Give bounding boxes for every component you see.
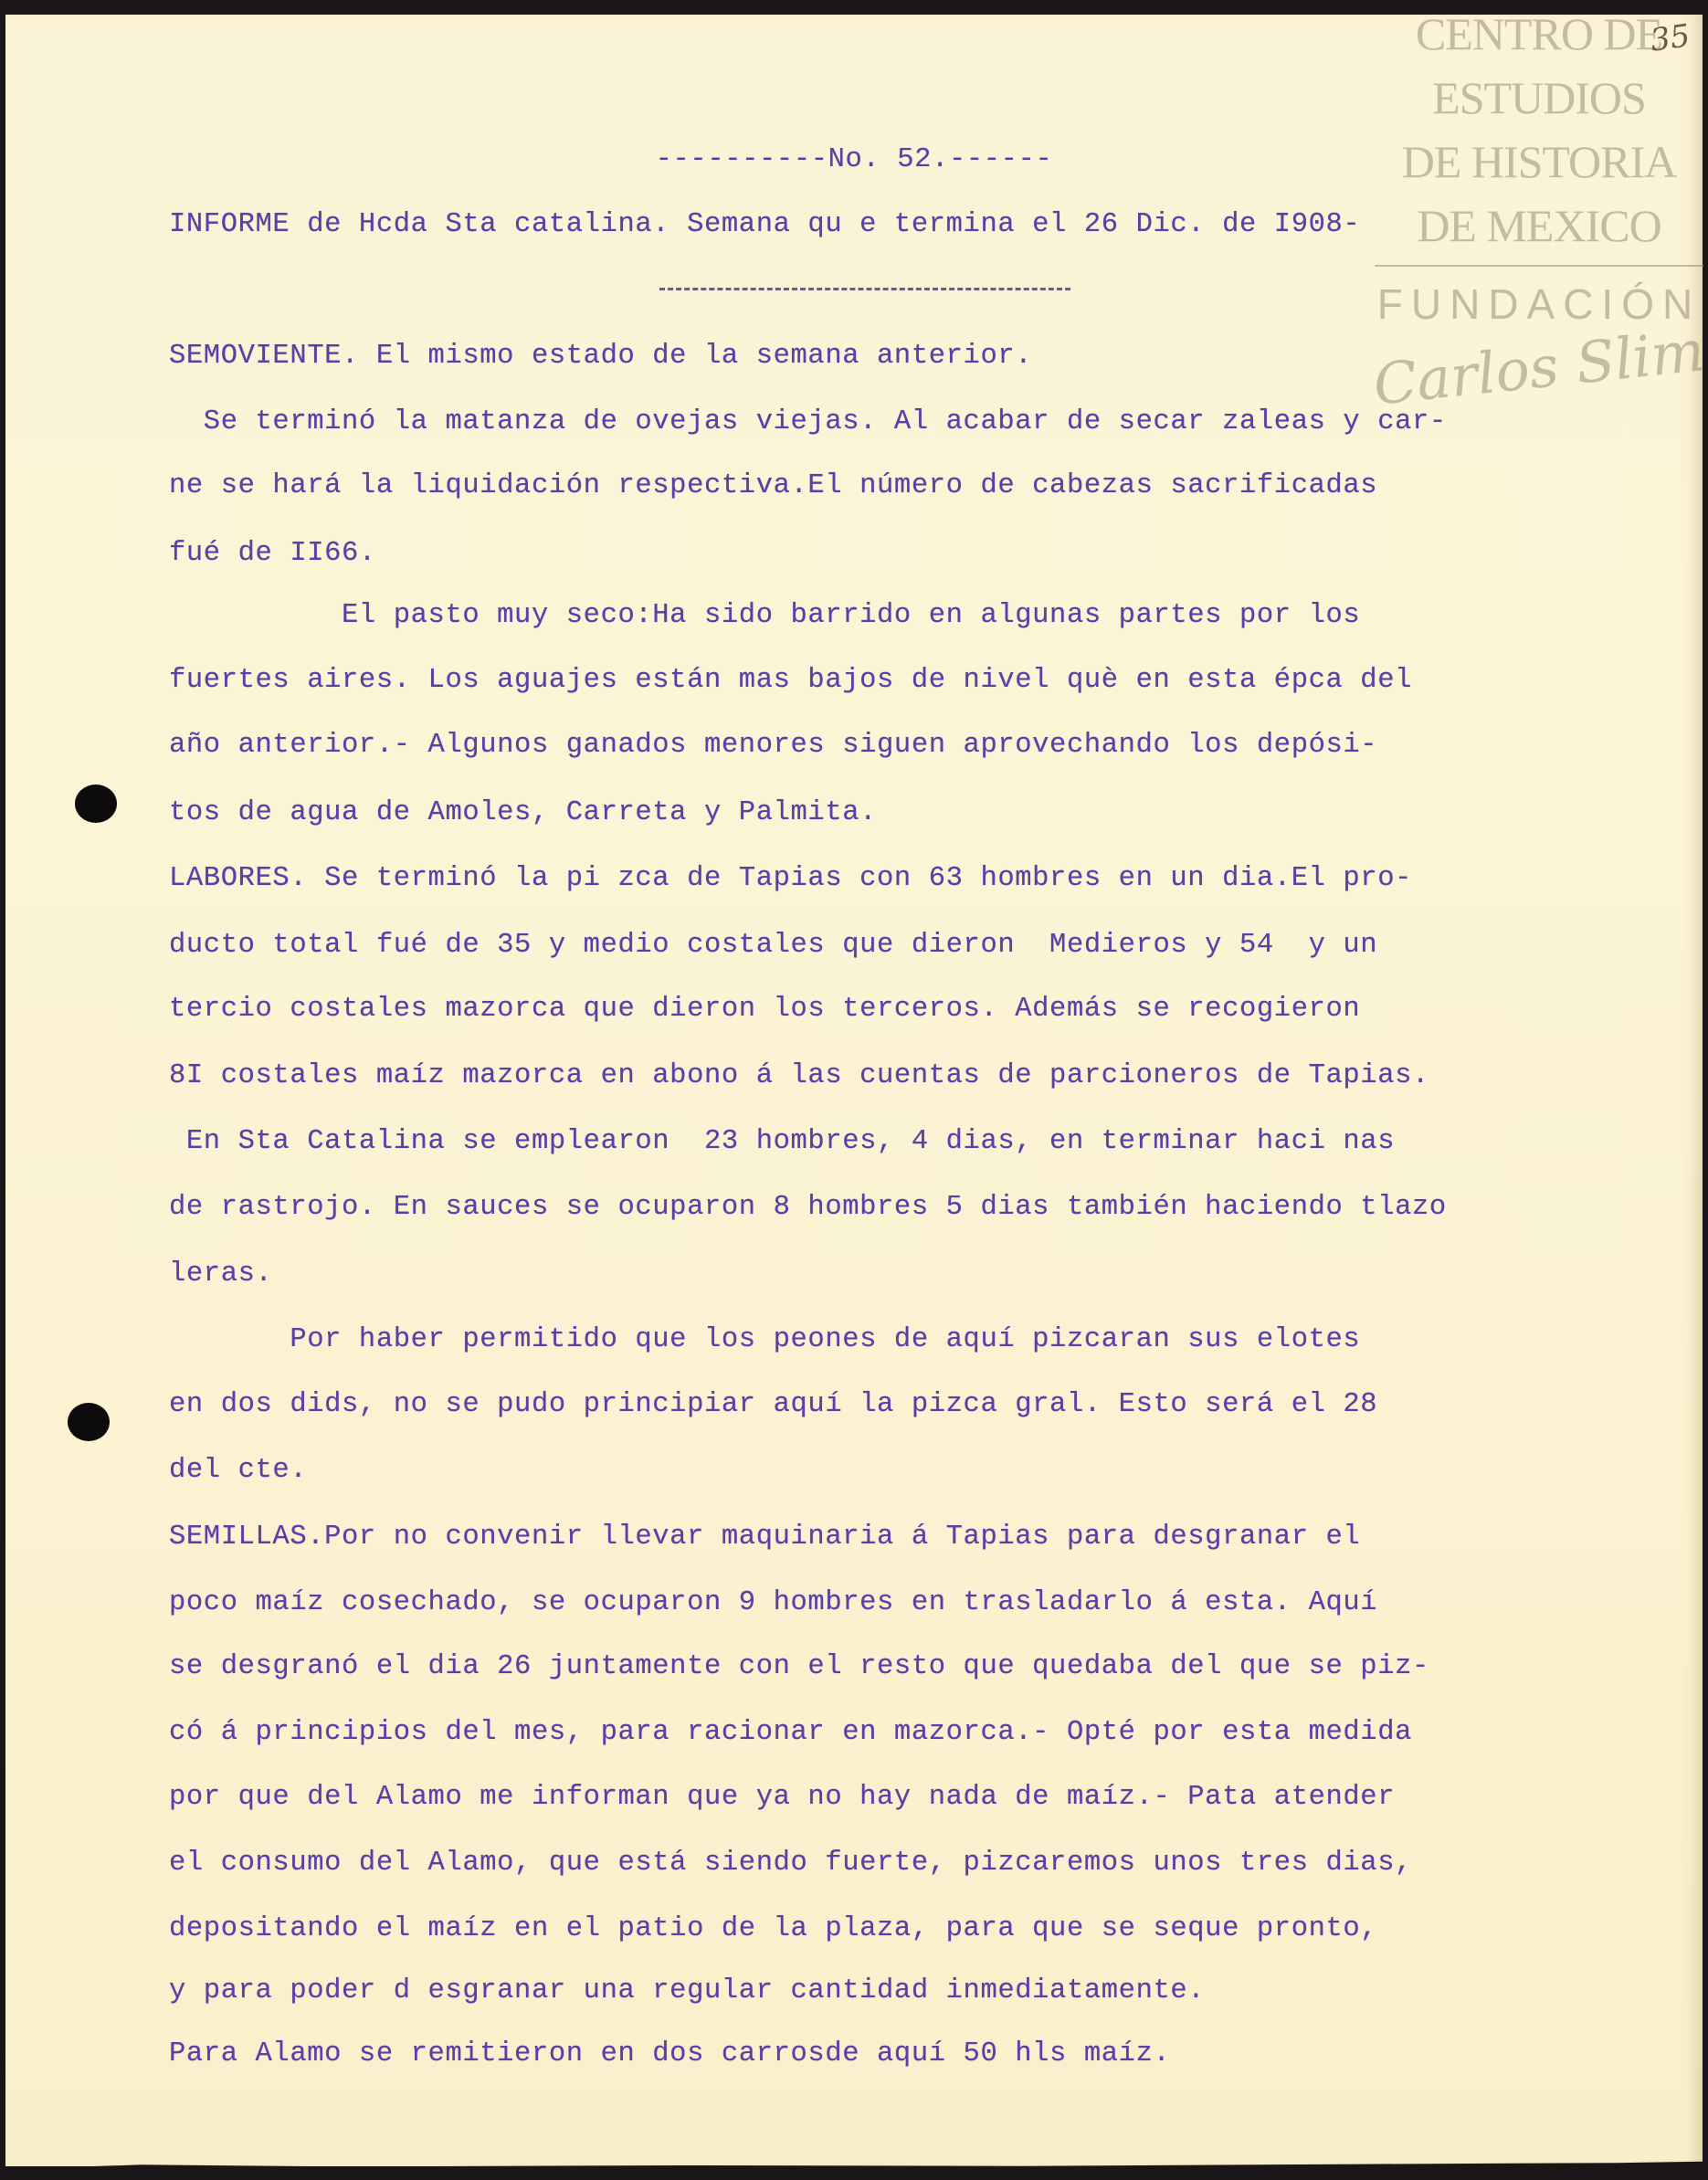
report-line: leras.: [169, 1256, 272, 1292]
report-line: poco maíz cosechado, se ocuparon 9 hombr…: [169, 1585, 1377, 1621]
report-line: tos de agua de Amoles, Carreta y Palmita…: [169, 795, 877, 831]
report-line: se desgranó el dia 26 juntamente con el …: [169, 1648, 1429, 1685]
report-line: del cte.: [169, 1452, 307, 1489]
report-line: SEMOVIENTE. El mismo estado de la semana…: [169, 338, 1032, 374]
report-line: có á principios del mes, para racionar e…: [169, 1714, 1412, 1751]
report-line: fuertes aires. Los aguajes están mas baj…: [169, 662, 1412, 699]
title-divider: [659, 288, 1070, 290]
report-line: por que del Alamo me informan que ya no …: [169, 1779, 1395, 1816]
report-title: INFORME de Hcda Sta catalina. Semana qu …: [169, 206, 1360, 243]
report-line: El pasto muy seco:Ha sido barrido en alg…: [169, 597, 1360, 634]
report-line: LABORES. Se terminó la pi zca de Tapias …: [169, 860, 1412, 897]
report-line: en dos dids, no se pudo principiar aquí …: [169, 1386, 1377, 1423]
report-line: el consumo del Alamo, que está siendo fu…: [169, 1845, 1412, 1881]
report-line: y para poder d esgranar una regular cant…: [169, 1973, 1205, 2009]
report-line: fué de II66.: [169, 535, 376, 572]
report-line: año anterior.- Algunos ganados menores s…: [169, 727, 1377, 764]
report-line: depositando el maíz en el patio de la pl…: [169, 1911, 1377, 1947]
report-line: tercio costales mazorca que dieron los t…: [169, 991, 1360, 1027]
report-number-heading: ----------No. 52.------: [0, 142, 1708, 178]
report-line: Para Alamo se remitieron en dos carrosde…: [169, 2036, 1170, 2072]
report-line: 8I costales maíz mazorca en abono á las …: [169, 1058, 1429, 1094]
report-line: Por haber permitido que los peones de aq…: [169, 1322, 1360, 1358]
typed-report: ----------No. 52.------ INFORME de Hcda …: [0, 0, 1708, 2180]
report-line: SEMILLAS.Por no convenir llevar maquinar…: [169, 1519, 1360, 1555]
report-line: ne se hará la liquidación respectiva.El …: [169, 468, 1377, 504]
report-line: En Sta Catalina se emplearon 23 hombres,…: [169, 1123, 1395, 1160]
report-line: de rastrojo. En sauces se ocuparon 8 hom…: [169, 1189, 1447, 1226]
report-line: ducto total fué de 35 y medio costales q…: [169, 927, 1377, 964]
report-line: Se terminó la matanza de ovejas viejas. …: [169, 404, 1447, 440]
